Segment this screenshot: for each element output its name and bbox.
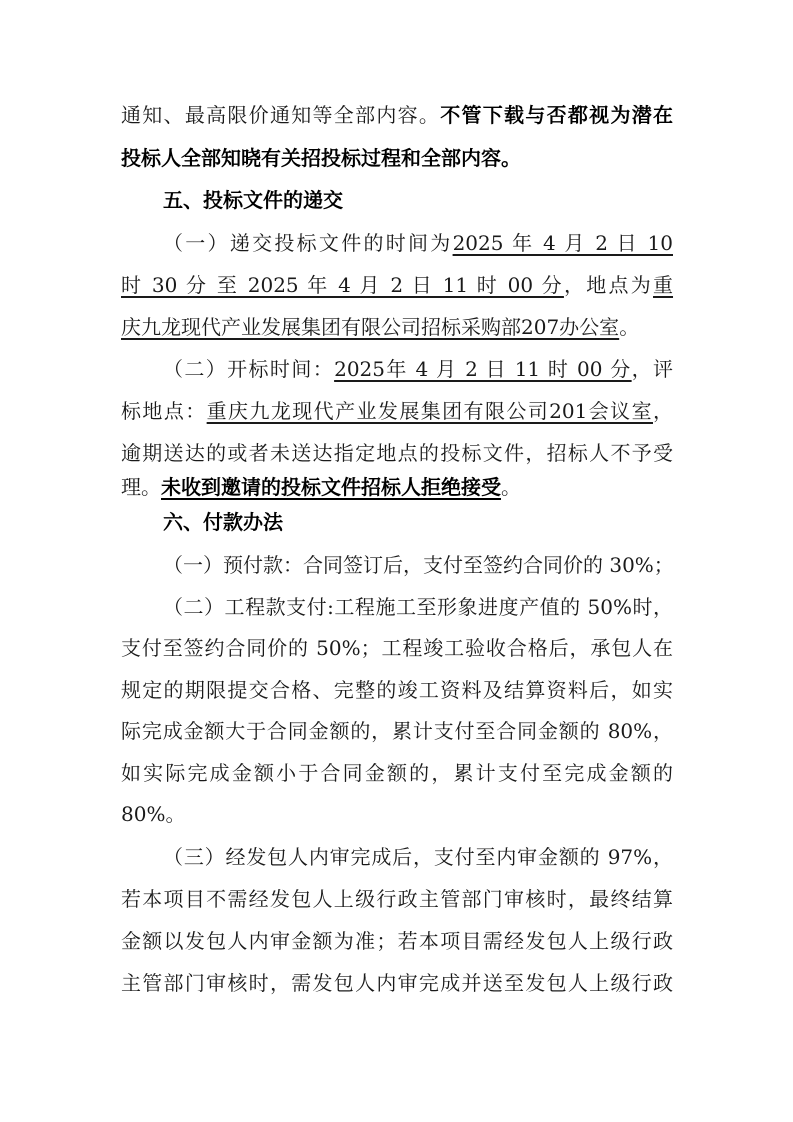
text-run: （三）经发包人内审完成后，支付至内审金额的 97%，	[163, 845, 673, 869]
paragraph-line: 金额以发包人内审金额为准；若本项目需经发包人上级行政	[121, 926, 673, 956]
paragraph-line: 理。未收到邀请的投标文件招标人拒绝接受。	[121, 472, 673, 502]
text-run: 通知、最高限价通知等全部内容。	[121, 103, 440, 127]
section-heading-submission: 五、投标文件的递交	[163, 185, 673, 215]
submission-location: 庆九龙现代产业发展集团有限公司招标采购部207办公室	[121, 315, 619, 339]
text-run: 。	[619, 315, 639, 339]
text-run: 80%。	[121, 802, 185, 826]
paragraph-line: 标地点：重庆九龙现代产业发展集团有限公司201会议室，	[121, 396, 673, 426]
text-run: （二）开标时间：	[163, 357, 334, 381]
paragraph-line: 逾期送达的或者未送达指定地点的投标文件，招标人不予受	[121, 438, 673, 468]
paragraph-line: 支付至签约合同价的 50%；工程竣工验收合格后，承包人在	[121, 633, 673, 663]
paragraph-line: 如实际完成金额小于合同金额的，累计支付至完成金额的	[121, 758, 673, 788]
paragraph-line: 投标人全部知晓有关招投标过程和全部内容。	[121, 143, 673, 173]
text-run: （二）工程款支付:工程施工至形象进度产值的 50%时，	[163, 595, 673, 619]
text-run: （一）递交投标文件的时间为	[163, 231, 453, 255]
paragraph-line: （二）工程款支付:工程施工至形象进度产值的 50%时，	[163, 592, 673, 622]
rejection-notice: 未收到邀请的投标文件招标人拒绝接受	[161, 475, 501, 499]
text-run: 金额以发包人内审金额为准；若本项目需经发包人上级行政	[121, 929, 673, 953]
text-run: ，评	[632, 357, 673, 381]
submission-location: 重	[653, 273, 673, 297]
text-run: 支付至签约合同价的 50%；工程竣工验收合格后，承包人在	[121, 636, 673, 660]
paragraph-line: 主管部门审核时，需发包人内审完成并送至发包人上级行政	[121, 968, 673, 998]
text-run: 若本项目不需经发包人上级行政主管部门审核时，最终结算	[121, 887, 673, 911]
text-run: 逾期送达的或者未送达指定地点的投标文件，招标人不予受	[121, 441, 673, 465]
paragraph-line: 若本项目不需经发包人上级行政主管部门审核时，最终结算	[121, 884, 673, 914]
paragraph-line: （二）开标时间：2025年 4 月 2 日 11 时 00 分，评	[163, 354, 673, 384]
bold-notice: 投标人全部知晓有关招投标过程和全部内容。	[121, 146, 521, 170]
text-run: （一）预付款：合同签订后，支付至签约合同价的 30%；	[163, 553, 674, 577]
text-run: ，地点为	[564, 273, 653, 297]
heading-text: 六、付款办法	[163, 510, 283, 534]
section-heading-payment: 六、付款办法	[163, 507, 673, 537]
paragraph-line: 80%。	[121, 799, 673, 829]
paragraph-line: （一）预付款：合同签订后，支付至签约合同价的 30%；	[163, 550, 673, 580]
paragraph-line: 规定的期限提交合格、完整的竣工资料及结算资料后，如实	[121, 675, 673, 705]
text-run: 如实际完成金额小于合同金额的，累计支付至完成金额的	[121, 761, 673, 785]
text-run: ，	[653, 399, 673, 423]
text-run: 规定的期限提交合格、完整的竣工资料及结算资料后，如实	[121, 678, 673, 702]
paragraph-line: 通知、最高限价通知等全部内容。不管下载与否都视为潜在	[121, 100, 673, 130]
bold-notice: 不管下载与否都视为潜在	[440, 103, 673, 127]
paragraph-line: 时 30 分 至 2025 年 4 月 2 日 11 时 00 分，地点为重	[121, 270, 673, 300]
bid-evaluation-location: 重庆九龙现代产业发展集团有限公司201会议室	[207, 399, 653, 423]
submission-time: 2025 年 4 月 2 日 10	[453, 231, 673, 255]
text-run: 主管部门审核时，需发包人内审完成并送至发包人上级行政	[121, 971, 673, 995]
text-run: 标地点：	[121, 399, 207, 423]
paragraph-line: 际完成金额大于合同金额的，累计支付至合同金额的 80%，	[121, 716, 673, 746]
bid-opening-time: 2025年 4 月 2 日 11 时 00 分	[334, 357, 632, 381]
submission-time: 时 30 分 至 2025 年 4 月 2 日 11 时 00 分	[121, 273, 564, 297]
text-run: 理。	[121, 475, 161, 499]
paragraph-line: 庆九龙现代产业发展集团有限公司招标采购部207办公室。	[121, 312, 673, 342]
text-run: 。	[501, 475, 521, 499]
text-run: 际完成金额大于合同金额的，累计支付至合同金额的 80%，	[121, 719, 673, 743]
paragraph-line: （一）递交投标文件的时间为2025 年 4 月 2 日 10	[163, 228, 673, 258]
paragraph-line: （三）经发包人内审完成后，支付至内审金额的 97%，	[163, 842, 673, 872]
heading-text: 五、投标文件的递交	[163, 188, 343, 212]
